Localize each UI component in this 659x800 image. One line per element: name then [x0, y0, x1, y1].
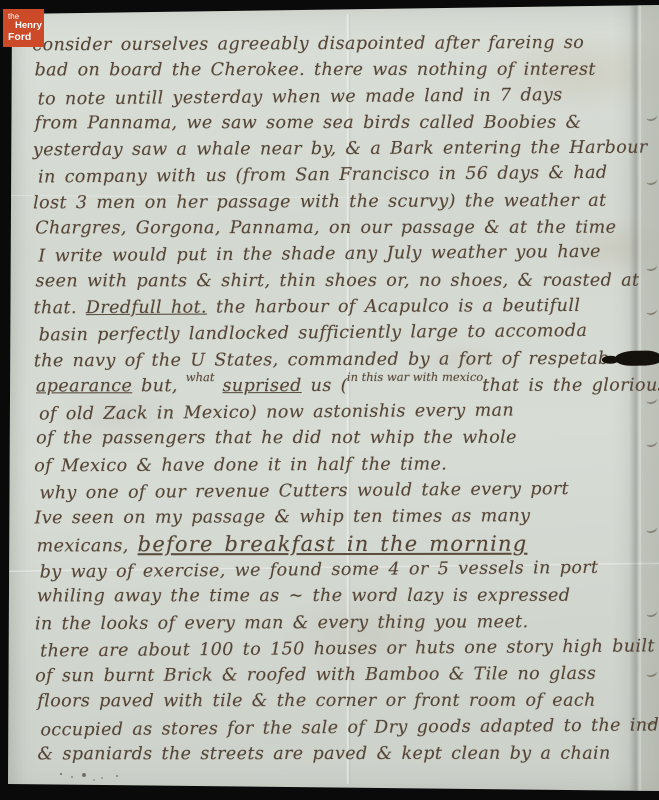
letter-line: apearance but, what suprised us (in this… — [36, 372, 640, 399]
letter-line: there are about 100 to 150 houses or hut… — [40, 633, 641, 664]
letter-line: whiling away the time as ~ the word lazy… — [37, 583, 641, 610]
letter-line: consider ourselves agreeably disapointed… — [32, 30, 638, 59]
letter-line: occupied as stores for the sale of Dry g… — [40, 712, 641, 743]
letter-line: lost 3 men on her passage with the scurv… — [33, 187, 639, 216]
letter-line: of sun burnt Brick & roofed with Bamboo … — [35, 661, 641, 690]
ink-blot — [615, 350, 659, 365]
letter-line: in the looks of every man & every thing … — [35, 608, 641, 637]
letter-line: Ive seen on my passage & whip ten times … — [34, 503, 640, 532]
letter-line: that. Dredfull hot. the harbour of Acapu… — [34, 293, 640, 322]
letter-line: Chargres, Gorgona, Pannama, on our passa… — [35, 215, 639, 242]
letter-line: basin perfectly landlocked sufficiently … — [39, 318, 640, 349]
letter-page: consider ourselves agreeably disapointed… — [0, 0, 659, 800]
letter-line: to note untill yesterday when we made la… — [38, 81, 639, 112]
letter-line: I write would put in the shade any July … — [38, 239, 639, 270]
letter-line: by way of exercise, we found some 4 or 5… — [40, 554, 641, 585]
photo-background: consider ourselves agreeably disapointed… — [0, 0, 659, 800]
letter-line: floors paved with tile & the corner or f… — [37, 688, 641, 715]
margin-asterisk-mark: * — [1, 293, 12, 313]
letter-line: from Pannama, we saw some sea birds call… — [35, 110, 639, 137]
logo-word-ford: Ford — [8, 32, 44, 43]
letter-line: of the passengers that he did not whip t… — [36, 425, 640, 452]
letter-line: the navy of the U States, commanded by a… — [34, 345, 640, 374]
letter-line: bad on board the Cherokee. there was not… — [35, 57, 639, 84]
logo-word-henry: Henry — [15, 21, 44, 31]
letter-line: of old Zack in Mexico) now astonishis ev… — [39, 397, 640, 428]
letter-line: mexicans, before breakfast in the mornin… — [37, 530, 641, 557]
letter-line: of Mexico & have done it in half the tim… — [34, 450, 640, 479]
letter-body: consider ourselves agreeably disapointed… — [32, 30, 641, 769]
henry-ford-logo: the Henry Ford — [3, 9, 44, 47]
letter-line: in company with us (from San Francisco i… — [38, 160, 639, 191]
letter-line: seen with pants & shirt, thin shoes or, … — [35, 267, 639, 294]
letter-line: why one of our revenue Cutters would tak… — [39, 476, 640, 507]
letter-line: & spaniards the streets are paved & kept… — [38, 741, 642, 768]
ink-specks — [60, 773, 62, 775]
